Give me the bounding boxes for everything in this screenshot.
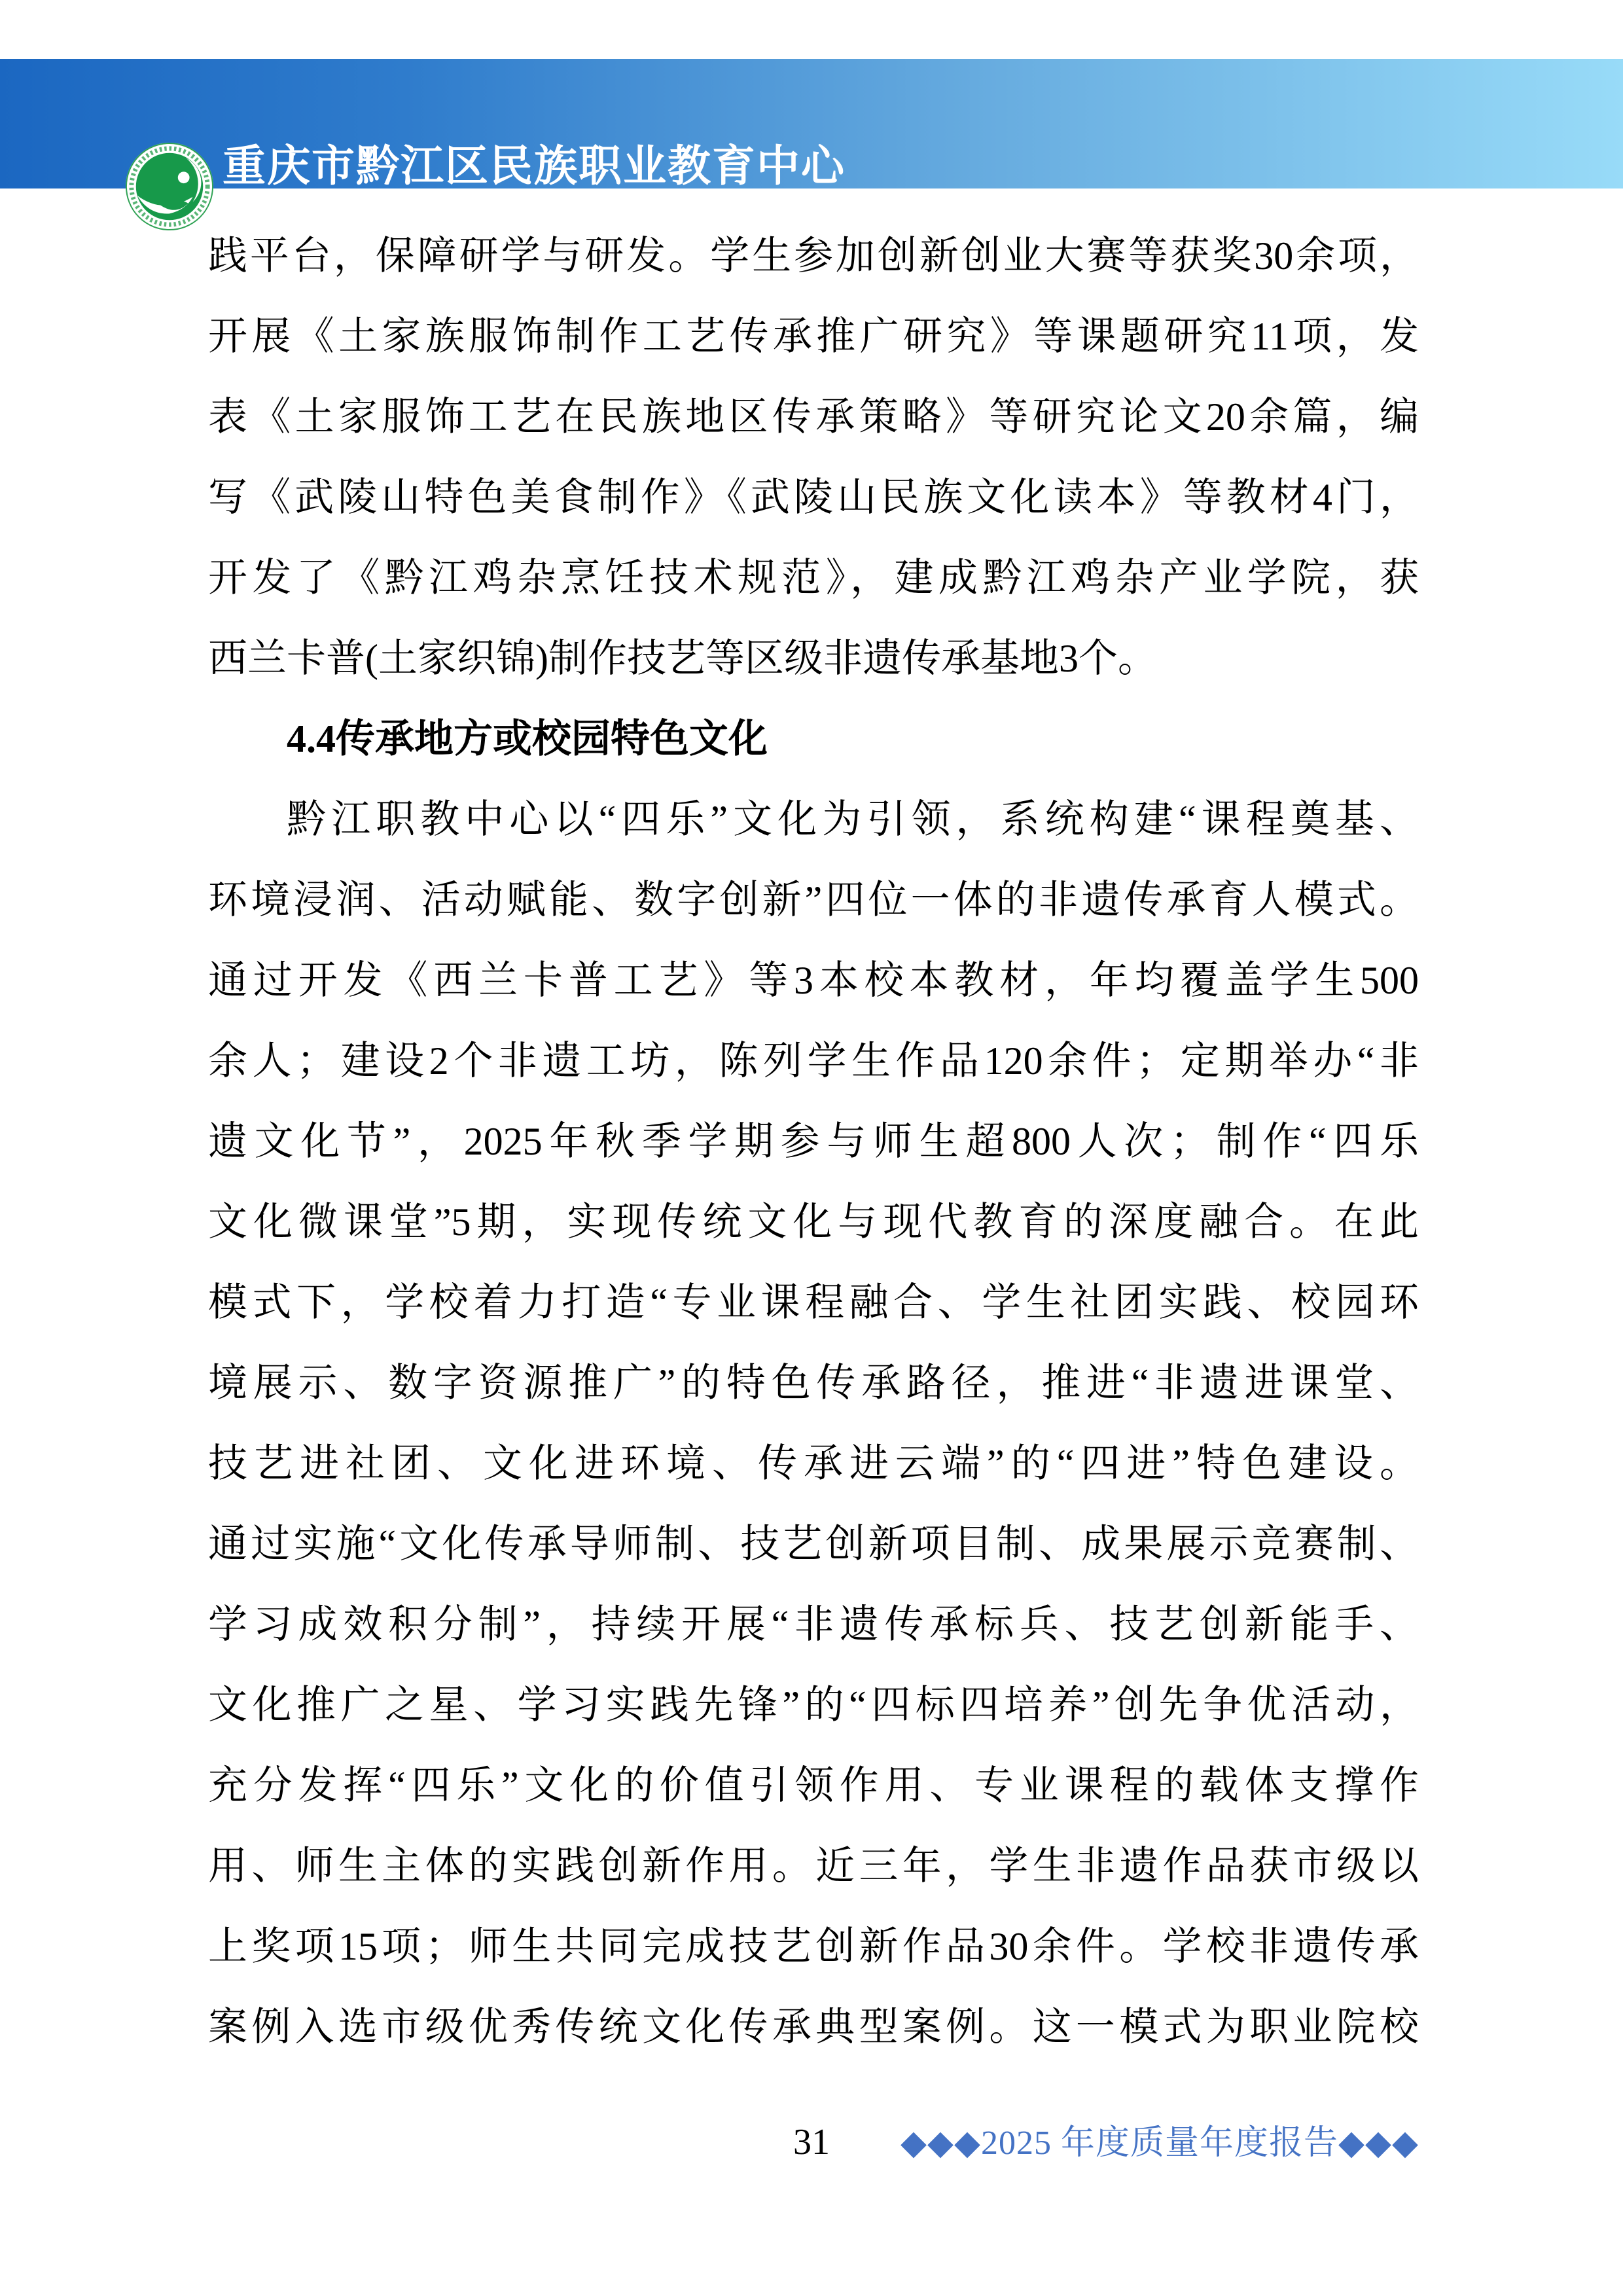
body-line: 遗文化节”，2025年秋季学期参与师生超800人次；制作“四乐 [208,1102,1419,1182]
school-name-cn: 重庆市黔江区民族职业教育中心 [223,145,846,188]
body-line: 案例入选市级优秀传统文化传承典型案例。这一模式为职业院校 [208,1987,1419,2068]
body-line: 余人；建设2个非遗工坊，陈列学生作品120余件；定期举办“非 [208,1021,1419,1102]
body-text: 践平台，保障研学与研发。学生参加创新创业大赛等获奖30余项， 开展《土家族服饰制… [208,216,1419,2068]
footer-report-label: ◆◆◆2025 年度质量年度报告◆◆◆ [901,2125,1419,2162]
body-line: 境展示、数字资源推广”的特色传承路径，推进“非遗进课堂、 [208,1343,1419,1424]
body-line: 文化微课堂”5期，实现传统文化与现代教育的深度融合。在此 [208,1182,1419,1263]
body-line: 技艺进社团、文化进环境、传承进云端”的“四进”特色建设。 [208,1424,1419,1504]
body-line: 开发了《黔江鸡杂烹饪技术规范》，建成黔江鸡杂产业学院，获 [208,538,1419,619]
body-line: 环境浸润、活动赋能、数字创新”四位一体的非遗传承育人模式。 [208,860,1419,941]
body-line: 表《土家服饰工艺在民族地区传承策略》等研究论文20余篇，编 [208,377,1419,457]
body-line: 上奖项15项；师生共同完成技艺创新作品30余件。学校非遗传承 [208,1907,1419,1987]
body-line: 充分发挥“四乐”文化的价值引领作用、专业课程的载体支撑作 [208,1746,1419,1826]
body-line: 文化推广之星、学习实践先锋”的“四标四培养”创先争优活动， [208,1665,1419,1746]
body-line: 践平台，保障研学与研发。学生参加创新创业大赛等获奖30余项， [208,216,1419,296]
body-line: 开展《土家族服饰制作工艺传承推广研究》等课题研究11项，发 [208,296,1419,377]
body-line: 黔江职教中心以“四乐”文化为引领，系统构建“课程奠基、 [208,780,1419,860]
report-page: 重庆市黔江区民族职业教育中心 CHONGQING SHI QIANJIANG Q… [0,0,1623,2296]
body-line: 用、师生主体的实践创新作用。近三年，学生非遗作品获市级以 [208,1826,1419,1907]
body-line: 通过实施“文化传承导师制、技艺创新项目制、成果展示竞赛制、 [208,1504,1419,1585]
section-heading: 4.4传承地方或校园特色文化 [208,699,1419,780]
body-line: 西兰卡普(土家织锦)制作技艺等区级非遗传承基地3个。 [208,619,1419,699]
body-line: 学习成效积分制”，持续开展“非遗传承标兵、技艺创新能手、 [208,1585,1419,1665]
body-line: 写《武陵山特色美食制作》《武陵山民族文化读本》等教材4门， [208,457,1419,538]
school-logo-icon [124,141,215,232]
body-line: 模式下，学校着力打造“专业课程融合、学生社团实践、校园环 [208,1263,1419,1343]
header-band: 重庆市黔江区民族职业教育中心 CHONGQING SHI QIANJIANG Q… [0,59,1623,188]
body-line: 通过开发《西兰卡普工艺》等3本校本教材，年均覆盖学生500 [208,941,1419,1021]
